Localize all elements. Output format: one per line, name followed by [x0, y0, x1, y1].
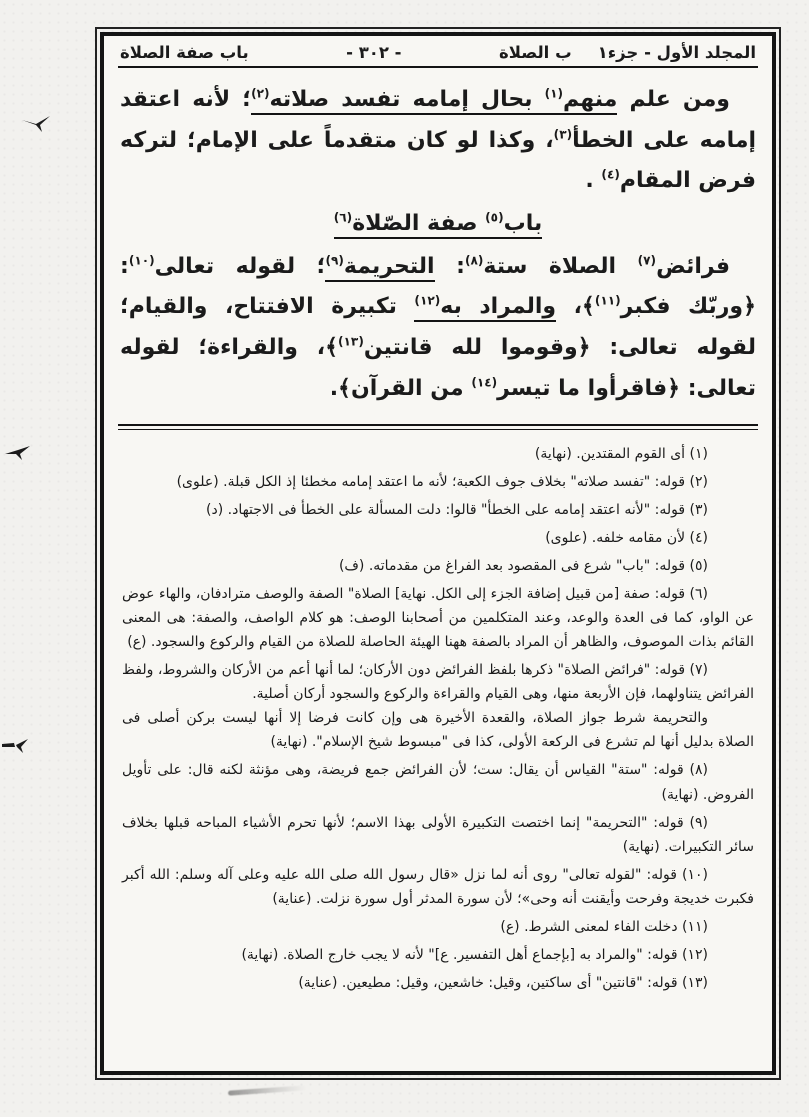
footnote-text: والتحريمة شرط جواز الصلاة، والقعدة الأخي… [122, 706, 754, 754]
footnote-ref: (٦) [334, 211, 352, 225]
footnote: (٧) قوله: "فرائض الصلاة" ذكرها بلفظ الفر… [122, 658, 754, 754]
footnote-ref: (١٠) [129, 253, 155, 267]
footnote-text: (٩) قوله: "التحريمة" إنما اختصت التكبيرة… [122, 811, 754, 859]
footnote-text: (٣) قوله: "لأنه اعتقد إمامه على الخطأ" ق… [122, 498, 754, 522]
footnote-text: (٢) قوله: "تفسد صلاته" بخلاف جوف الكعبة؛… [122, 470, 754, 494]
text-run: التحريمة [344, 254, 435, 279]
ink-mark [20, 112, 62, 134]
text-run: باب [504, 211, 543, 236]
chapter-title: باب(٥) صفة الصّلاة(٦) [120, 204, 756, 245]
footnote: (٤) لأن مقامه خلفه. (علوى) [122, 526, 754, 550]
footnote-text: (٨) قوله: "ستة" القياس أن يقال: ست؛ لأن … [122, 758, 754, 806]
text-run: بحال إمامه تفسد صلاته [270, 87, 545, 112]
footnote-ref: (٢) [251, 87, 269, 101]
matn-underlined: التحريمة(٩) [325, 254, 434, 282]
footnote-ref: (١) [545, 87, 563, 101]
footnote: (٥) قوله: "باب" شرع فى المقصود بعد الفرا… [122, 554, 754, 578]
text-run: ومن علم [617, 87, 730, 112]
ink-mark [2, 736, 42, 756]
page-body: المجلد الأول - جزء١ ب الصلاة - ٣٠٢ - باب… [100, 32, 776, 1075]
text-run: ﴾، [556, 294, 595, 319]
main-text: ومن علم منهم(١) بحال إمامه تفسد صلاته(٢)… [118, 80, 758, 410]
footnote-ref: (١١) [595, 294, 621, 308]
footnote: (١١) دخلت الفاء لمعنى الشرط. (ع) [122, 915, 754, 939]
footnote-text: (١٢) قوله: "والمراد به [بإجماع أهل التفس… [122, 943, 754, 967]
matn-underlined: باب(٥) صفة الصّلاة(٦) [334, 211, 542, 239]
header-volume: المجلد الأول - جزء١ [598, 43, 756, 62]
ink-mark [4, 444, 38, 462]
text-run: : [435, 254, 465, 279]
footnote-ref: (٩) [325, 253, 343, 267]
footnote-text: (٤) لأن مقامه خلفه. (علوى) [122, 526, 754, 550]
matn-underlined: منهم(١) بحال إمامه تفسد صلاته(٢) [251, 87, 617, 115]
header-page-number: - ٣٠٢ - [346, 43, 401, 62]
footnote: (٣) قوله: "لأنه اعتقد إمامه على الخطأ" ق… [122, 498, 754, 522]
matn-underlined: والمراد به(١٢) [414, 294, 556, 322]
text-run: صفة الصّلاة [352, 211, 485, 236]
footnote-text: (١٣) قوله: "قانتين" أى ساكتين، وقيل: خاش… [122, 971, 754, 995]
footnote-separator [118, 424, 758, 430]
footnote-text: (١٠) قوله: "لقوله تعالى" روى أنه لما نزل… [122, 863, 754, 911]
matn-paragraph: فرائض(٧) الصلاة ستة(٨): التحريمة(٩)؛ لقو… [120, 247, 756, 410]
footnote-text: (٦) قوله: صفة [من قبيل إضافة الجزء إلى ا… [122, 582, 754, 654]
footnote: (١٢) قوله: "والمراد به [بإجماع أهل التفس… [122, 943, 754, 967]
footnote-text: (١١) دخلت الفاء لمعنى الشرط. (ع) [122, 915, 754, 939]
page-header: المجلد الأول - جزء١ ب الصلاة - ٣٠٢ - باب… [118, 36, 758, 68]
footnote: (٩) قوله: "التحريمة" إنما اختصت التكبيرة… [122, 811, 754, 859]
footnotes: (١) أى القوم المقتدين. (نهاية)(٢) قوله: … [118, 440, 758, 996]
pencil-smudge [228, 1085, 306, 1095]
footnote-ref: (٣) [554, 127, 572, 141]
header-right: المجلد الأول - جزء١ ب الصلاة [499, 43, 756, 62]
footnote-ref: (١٤) [471, 375, 497, 389]
text-run: من القرآن﴾. [330, 376, 472, 401]
text-run: ؛ لقوله تعالى [155, 254, 326, 279]
footnote-ref: (٧) [638, 253, 656, 267]
footnote: (١٠) قوله: "لقوله تعالى" روى أنه لما نزل… [122, 863, 754, 911]
header-section: باب صفة الصلاة [120, 43, 249, 62]
header-chapter: ب الصلاة [499, 43, 572, 62]
footnote: (٢) قوله: "تفسد صلاته" بخلاف جوف الكعبة؛… [122, 470, 754, 494]
scanned-book-page: { "header": { "volume": "المجلد الأول - … [0, 0, 809, 1117]
footnote: (١) أى القوم المقتدين. (نهاية) [122, 442, 754, 466]
footnote: (٦) قوله: صفة [من قبيل إضافة الجزء إلى ا… [122, 582, 754, 654]
footnote-text: (٥) قوله: "باب" شرع فى المقصود بعد الفرا… [122, 554, 754, 578]
text-run: فرائض [656, 254, 730, 279]
text-run: . [585, 168, 601, 193]
footnote-ref: (١٢) [414, 294, 440, 308]
footnote-ref: (٨) [465, 253, 483, 267]
footnote-ref: (٤) [601, 168, 619, 182]
footnote: (١٣) قوله: "قانتين" أى ساكتين، وقيل: خاش… [122, 971, 754, 995]
text-run: الصلاة ستة [483, 254, 637, 279]
footnote-text: (٧) قوله: "فرائض الصلاة" ذكرها بلفظ الفر… [122, 658, 754, 706]
text-run: منهم [563, 87, 617, 112]
footnote-ref: (٥) [485, 211, 503, 225]
text-run: والمراد به [440, 294, 556, 319]
footnote-text: (١) أى القوم المقتدين. (نهاية) [122, 442, 754, 466]
footnote-ref: (١٣) [338, 335, 364, 349]
page-frame: المجلد الأول - جزء١ ب الصلاة - ٣٠٢ - باب… [95, 27, 781, 1080]
matn-paragraph: ومن علم منهم(١) بحال إمامه تفسد صلاته(٢)… [120, 80, 756, 202]
footnote: (٨) قوله: "ستة" القياس أن يقال: ست؛ لأن … [122, 758, 754, 806]
